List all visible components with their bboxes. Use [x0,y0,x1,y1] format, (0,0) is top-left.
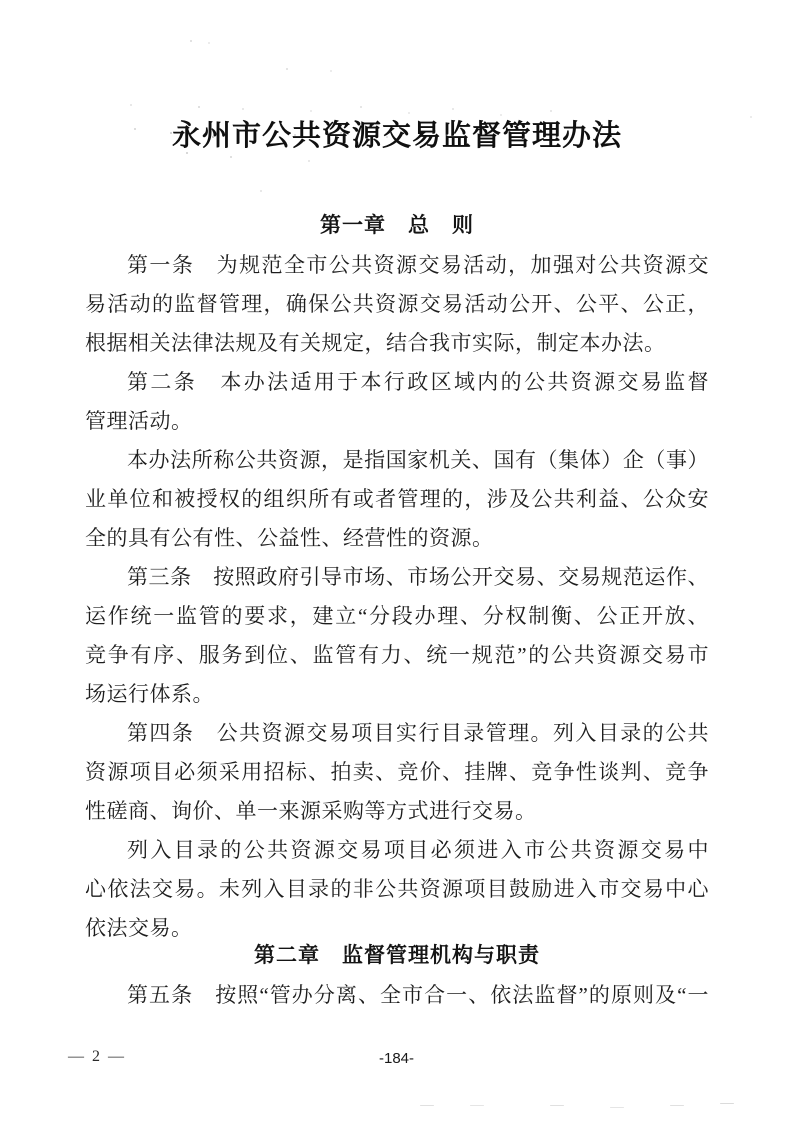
text-line: 竞争有序、服务到位、监管有力、统一规范”的公共资源交易市 [85,636,709,675]
text-line: 易活动的监督管理，确保公共资源交易活动公开、公平、公正， [85,285,709,324]
document-title: 永州市公共资源交易监督管理办法 [85,114,709,158]
text-line: 全的具有公有性、公益性、经营性的资源。 [85,519,709,558]
text-line: 第一条 为规范全市公共资源交易活动，加强对公共资源交 [85,246,709,285]
chapter-heading: 第一章 总 则 [85,206,709,246]
text-line: 性磋商、询价、单一来源采购等方式进行交易。 [85,792,709,831]
text-line: 根据相关法律法规及有关规定，结合我市实际，制定本办法。 [85,324,709,363]
page-number-center: -184- [0,1050,793,1067]
text-line: 业单位和被授权的组织所有或者管理的，涉及公共利益、公众安 [85,480,709,519]
paragraph: 第一条 为规范全市公共资源交易活动，加强对公共资源交易活动的监督管理，确保公共资… [85,246,709,363]
paragraph: 本办法所称公共资源，是指国家机关、国有（集体）企（事）业单位和被授权的组织所有或… [85,441,709,558]
text-line: 列入目录的公共资源交易项目必须进入市公共资源交易中 [85,831,709,870]
paragraph: 第三条 按照政府引导市场、市场公开交易、交易规范运作、运作统一监管的要求，建立“… [85,558,709,714]
text-line: 第二条 本办法适用于本行政区域内的公共资源交易监督 [85,363,709,402]
text-line: 第三条 按照政府引导市场、市场公开交易、交易规范运作、 [85,558,709,597]
paragraph: 第四条 公共资源交易项目实行目录管理。列入目录的公共资源项目必须采用招标、拍卖、… [85,714,709,831]
document-content: 永州市公共资源交易监督管理办法 第一章 总 则第一条 为规范全市公共资源交易活动… [85,0,709,1015]
text-line: 运作统一监管的要求，建立“分段办理、分权制衡、公正开放、 [85,597,709,636]
text-line: 第四条 公共资源交易项目实行目录管理。列入目录的公共 [85,714,709,753]
text-line: 管理活动。 [85,402,709,441]
text-line: 第五条 按照“管办分离、全市合一、依法监督”的原则及“一 [85,976,709,1015]
paragraph: 第二条 本办法适用于本行政区域内的公共资源交易监督管理活动。 [85,363,709,441]
paragraph: 第五条 按照“管办分离、全市合一、依法监督”的原则及“一 [85,976,709,1015]
text-line: 心依法交易。未列入目录的非公共资源项目鼓励进入市交易中心 [85,870,709,909]
text-line: 本办法所称公共资源，是指国家机关、国有（集体）企（事） [85,441,709,480]
text-line: 场运行体系。 [85,675,709,714]
text-line: 资源项目必须采用招标、拍卖、竞价、挂牌、竞争性谈判、竞争 [85,753,709,792]
scanned-document-page: 永州市公共资源交易监督管理办法 第一章 总 则第一条 为规范全市公共资源交易活动… [0,0,793,1122]
scan-noise [420,1105,434,1106]
document-body: 第一章 总 则第一条 为规范全市公共资源交易活动，加强对公共资源交易活动的监督管… [85,206,709,1015]
paragraph: 列入目录的公共资源交易项目必须进入市公共资源交易中心依法交易。未列入目录的非公共… [85,831,709,948]
